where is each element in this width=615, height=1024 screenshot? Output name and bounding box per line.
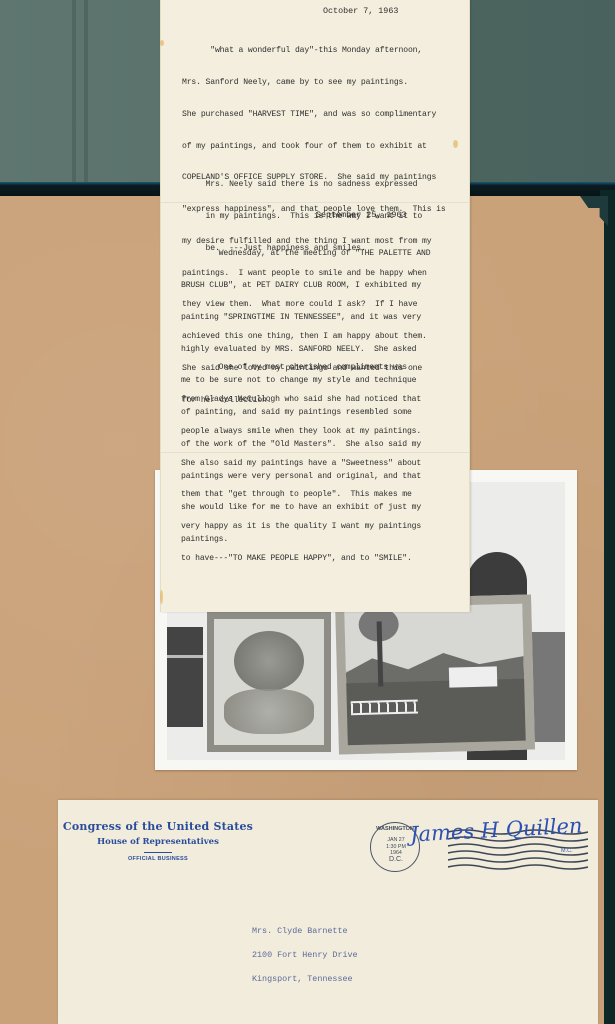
bookshelf-left <box>167 627 203 727</box>
letterhead-congress: Congress of the United States <box>58 820 258 833</box>
typed-line: Mrs. Sanford Neely, came by to see my pa… <box>182 78 446 89</box>
typed-line: One of my most cherished compliments was <box>181 363 421 374</box>
postmark-state: D.C. <box>379 857 413 864</box>
age-stain <box>160 590 163 604</box>
letterhead-house: House of Representatives <box>58 837 258 847</box>
painting-farm-landscape <box>335 594 535 754</box>
typed-line: "what a wonderful day"-this Monday after… <box>182 46 446 57</box>
typed-letter: October 7, 1963 "what a wonderful day"-t… <box>160 0 470 612</box>
letter-fold <box>161 452 469 453</box>
entry2-paragraph2: One of my most cherished compliments was… <box>181 342 421 586</box>
letterhead-rule <box>144 852 172 853</box>
entry-date: September 25, 1963 <box>316 210 406 220</box>
congressional-envelope: Congress of the United States House of R… <box>58 800 598 1024</box>
painted-fence <box>350 700 418 716</box>
typed-line: BRUSH CLUB", at PET DAIRY CLUB ROOM, I e… <box>181 281 430 292</box>
age-stain <box>160 40 164 46</box>
typed-line: very happy as it is the quality I want m… <box>181 522 421 533</box>
board-groove <box>72 0 76 184</box>
painted-foliage <box>224 689 314 734</box>
typed-line: painting "SPRINGTIME IN TENNESSEE", and … <box>181 313 430 324</box>
typed-line: Mrs. Neely said there is no sadness expr… <box>182 180 422 191</box>
age-stain <box>453 140 458 148</box>
letter-fold <box>161 202 469 203</box>
recipient-address: Mrs. Clyde Barnette 2100 Fort Henry Driv… <box>252 926 358 998</box>
frank-title: M.C. <box>561 848 573 854</box>
typed-line: people always smile when they look at my… <box>181 427 421 438</box>
painted-farmhouse <box>449 666 498 687</box>
typed-line: She purchased "HARVEST TIME", and was so… <box>182 110 446 121</box>
typed-line: them that "get through to people". This … <box>181 490 421 501</box>
address-line-name: Mrs. Clyde Barnette <box>252 926 358 950</box>
address-line-city: Kingsport, Tennessee <box>252 974 358 998</box>
typed-line: Wednesday, at the meeting of "THE PALETT… <box>181 249 430 260</box>
painted-bouquet <box>234 631 304 691</box>
letterhead: Congress of the United States House of R… <box>58 820 258 862</box>
painting-flowers <box>207 612 331 752</box>
board-groove <box>84 0 88 184</box>
typed-line: from Gladys McCullogh who said she had n… <box>181 395 421 406</box>
letterhead-official-business: OFFICIAL BUSINESS <box>58 856 258 862</box>
typed-line: to have---"TO MAKE PEOPLE HAPPY", and to… <box>181 554 421 565</box>
typed-line: She also said my paintings have a "Sweet… <box>181 459 421 470</box>
address-line-street: 2100 Fort Henry Drive <box>252 950 358 974</box>
entry-date: October 7, 1963 <box>323 6 398 16</box>
typed-line: of my paintings, and took four of them t… <box>182 142 446 153</box>
